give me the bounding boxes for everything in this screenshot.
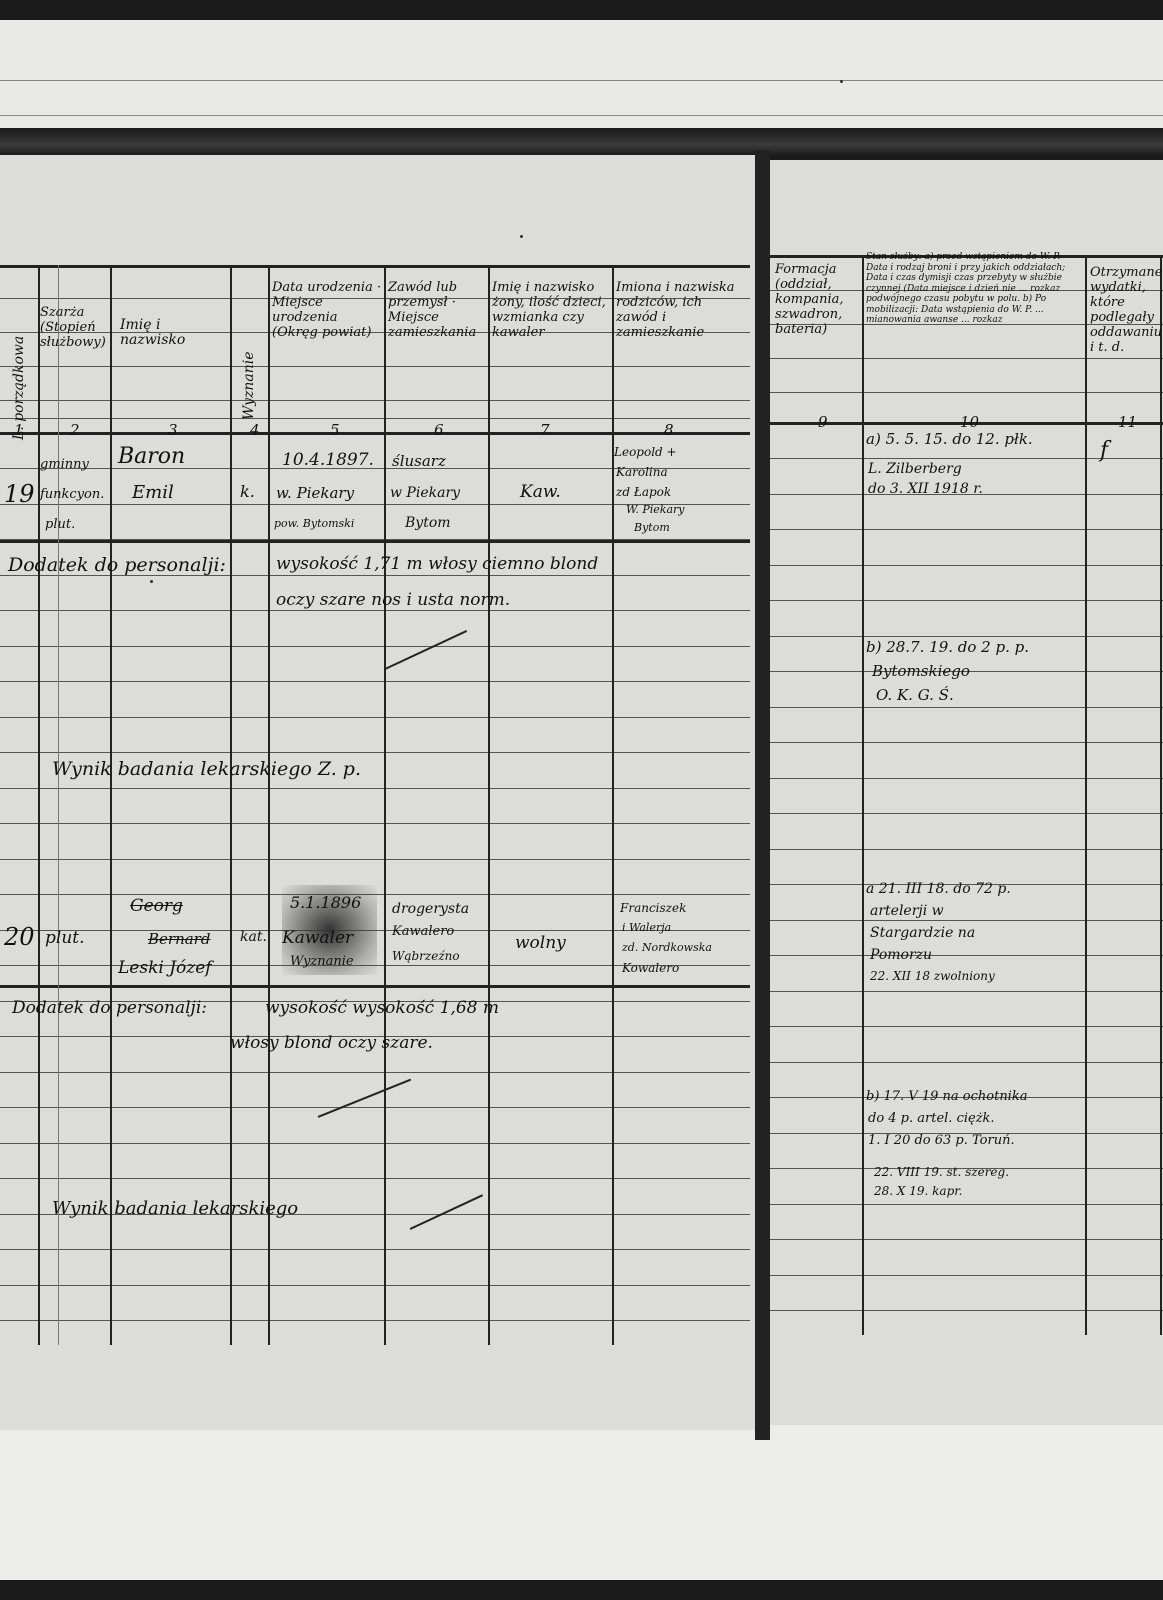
entry-occupation: ślusarz [392,454,446,469]
ruling-line [770,1204,1163,1205]
ruling-line [0,646,750,647]
ruling-line [770,742,1163,743]
entry-service-after: 28. X 19. kapr. [874,1185,963,1197]
column-divider [268,265,270,1345]
entry-service-before: L. Zilberberg [868,462,962,476]
entry-service-after: b) 28.7. 19. do 2 p. p. [866,640,1029,655]
entry-birth-district: pow. Bytomski [274,518,354,529]
ruling-line [0,1143,750,1144]
ruling-line [0,823,750,824]
ruling-line [770,529,1163,530]
entry-struck-name: Georg [130,898,183,915]
column-divider [38,265,40,1345]
entry-rank: funkcyon. [40,488,104,501]
ruling-line [770,600,1163,601]
column-divider [1160,255,1162,1335]
col-number: 8 [664,423,674,438]
ruling-line [0,1320,750,1321]
col-number: 4 [250,423,260,438]
entry-parent: W. Piekary [626,504,685,515]
ruling-line [770,1239,1163,1240]
entry-residence-district: Wąbrzeźno [392,950,460,962]
column-divider-thin [58,265,59,1345]
ruling-line [0,432,750,435]
entry-number: 20 [4,925,35,949]
entry-service-before: Pomorzu [870,948,932,962]
column-divider [230,265,232,1345]
register-page-left [0,155,755,1430]
ruling-line [0,265,750,268]
entry-parent: Franciszek [620,902,686,914]
background-page-bottom [0,1420,1163,1580]
ruling-line [770,565,1163,566]
page-shadow [0,128,1163,156]
entry-surname: Baron [118,446,185,468]
column-divider [862,255,864,1335]
entry-occupation: drogerysta [392,902,469,916]
ruling-line [0,418,750,419]
ruling-line [770,358,1163,359]
column-divider [612,265,614,1345]
ruling-line [770,1062,1163,1063]
header-col-2: Szarża (Stopień służbowy) [40,305,110,350]
ruling-line [770,991,1163,992]
entry-service-after: 22. VIII 19. st. szereg. [874,1166,1009,1178]
entry-marital-status: wolny [515,935,566,952]
entry-medical-result: Wynik badania lekarskiego [52,1200,298,1218]
entry-struck-name: Bernard [148,932,210,947]
ruling-line [0,610,750,611]
entry-service-before: 22. XII 18 zwolniony [870,970,995,982]
entry-rank: gminny [40,458,89,471]
entry-service-after: 1. I 20 do 63 p. Toruń. [868,1134,1015,1147]
entry-religion: k. [240,484,255,500]
col-number: 10 [960,415,979,430]
entry-parent: Bytom [634,522,670,533]
entry-parent: zd. Nordkowska [622,942,712,953]
ruling-line [0,985,750,988]
ruling-line [0,1107,750,1108]
ruling-line [770,955,1163,956]
entry-addendum-label: Dodatek do personalji: [12,1000,207,1017]
col-number: 3 [168,423,178,438]
entry-parent: Kowalero [622,962,679,974]
column-divider [110,265,112,1345]
ruling-line [770,1275,1163,1276]
entry-rank: plut. [45,930,85,947]
entry-residence: w Piekary [390,486,460,500]
col-number: 11 [1118,415,1137,430]
entry-birth-place: Kawaler [282,930,353,947]
entry-addendum: oczy szare nos i usta norm. [276,592,510,609]
entry-parent: i Walerja [622,922,671,933]
ruling-line [770,392,1163,393]
entry-remarks: f [1100,440,1108,462]
ruling-line [0,1072,750,1073]
ruling-line [770,707,1163,708]
ruling-line [0,752,750,753]
entry-addendum: wysokość wysokość 1,68 m [265,1000,499,1017]
entry-birth-date: 10.4.1897. [282,452,374,469]
entry-addendum-label: Dodatek do personalji: [8,556,226,575]
entry-service-after: O. K. G. Ś. [876,688,954,703]
entry-service-after: b) 17. V 19 na ochotnika [866,1090,1027,1103]
header-col-7: Imię i nazwisko żony, ilość dzieci, wzmi… [492,280,610,340]
entry-number: 19 [4,482,35,506]
entry-parent: zd Łapok [616,486,671,498]
entry-given-name: Emil [132,484,174,502]
entry-service-after: do 4 p. artel. ciężk. [868,1112,995,1125]
column-divider [488,265,490,1345]
col-number: 9 [818,415,828,430]
ruling-line [770,849,1163,850]
entry-residence: Kawalero [392,925,454,938]
entry-service-before: do 3. XII 1918 r. [868,482,983,496]
background-page-top [0,20,1163,145]
col-number: 7 [540,423,550,438]
entry-service-before: a) 5. 5. 15. do 12. płk. [866,432,1033,447]
entry-parent: Leopold + [614,446,677,458]
book-spine [755,150,770,1440]
ruling-line [770,920,1163,921]
header-col-11: Otrzymane wydatki, które podlegały oddaw… [1090,265,1160,355]
entry-marital-status: Kaw. [520,484,561,501]
col-number: 2 [70,423,80,438]
header-col-1: L. porządkowa [12,270,27,440]
entry-parent: Karolina [616,466,668,478]
ruling-line [0,1178,750,1179]
column-divider [1085,255,1087,1335]
entry-struck-birth-date: 5.1.1896 [290,895,361,911]
column-divider [384,265,386,1345]
entry-service-after: Bytomskiego [872,664,970,679]
ruling-line [0,788,750,789]
entry-birth-district: Wyznanie [290,955,354,968]
ruling-line [0,859,750,860]
ruling-line [0,540,750,543]
col-number: 6 [434,423,444,438]
ruling-line [770,1310,1163,1311]
ruling-line [0,717,750,718]
entry-service-before: a 21. III 18. do 72 p. [866,882,1011,896]
entry-addendum: wysokość 1,71 m włosy ciemno blond [276,556,598,573]
header-col-5: Data urodzenia · Miejsce urodzenia (Okrę… [272,280,382,340]
entry-birth-place: w. Piekary [276,486,354,501]
entry-medical-result: Wynik badania lekarskiego Z. p. [52,760,361,779]
entry-service-before: Stargardzie na [870,926,975,940]
entry-surname: Leski Józef [118,960,212,977]
entry-addendum: włosy blond oczy szare. [230,1035,433,1052]
col-number: 5 [330,423,340,438]
header-col-10: Stan służby: a) przed wstąpieniem do W. … [866,252,1082,326]
header-col-6: Zawód lub przemysł · Miejsce zamieszkani… [388,280,486,340]
col-number: 1 [14,423,24,438]
ruling-line [0,1249,750,1250]
entry-residence-district: Bytom [405,516,451,530]
header-col-9: Formacja (oddział, kompania, szwadron, b… [775,262,860,337]
header-col-3: Imię i nazwisko [120,318,225,348]
entry-rank: plut. [45,518,75,531]
entry-religion: kat. [240,930,267,944]
ruling-line [770,778,1163,779]
ruling-line [0,681,750,682]
ruling-line [770,636,1163,637]
ruling-line [0,400,750,401]
ruling-line [770,1026,1163,1027]
header-col-8: Imiona i nazwiska rodziców, ich zawód i … [616,280,736,340]
header-col-4: Wyznanie [242,280,257,420]
entry-service-before: artelerji w [870,904,944,918]
ruling-line [0,366,750,367]
ruling-line [770,813,1163,814]
ruling-line [0,1285,750,1286]
